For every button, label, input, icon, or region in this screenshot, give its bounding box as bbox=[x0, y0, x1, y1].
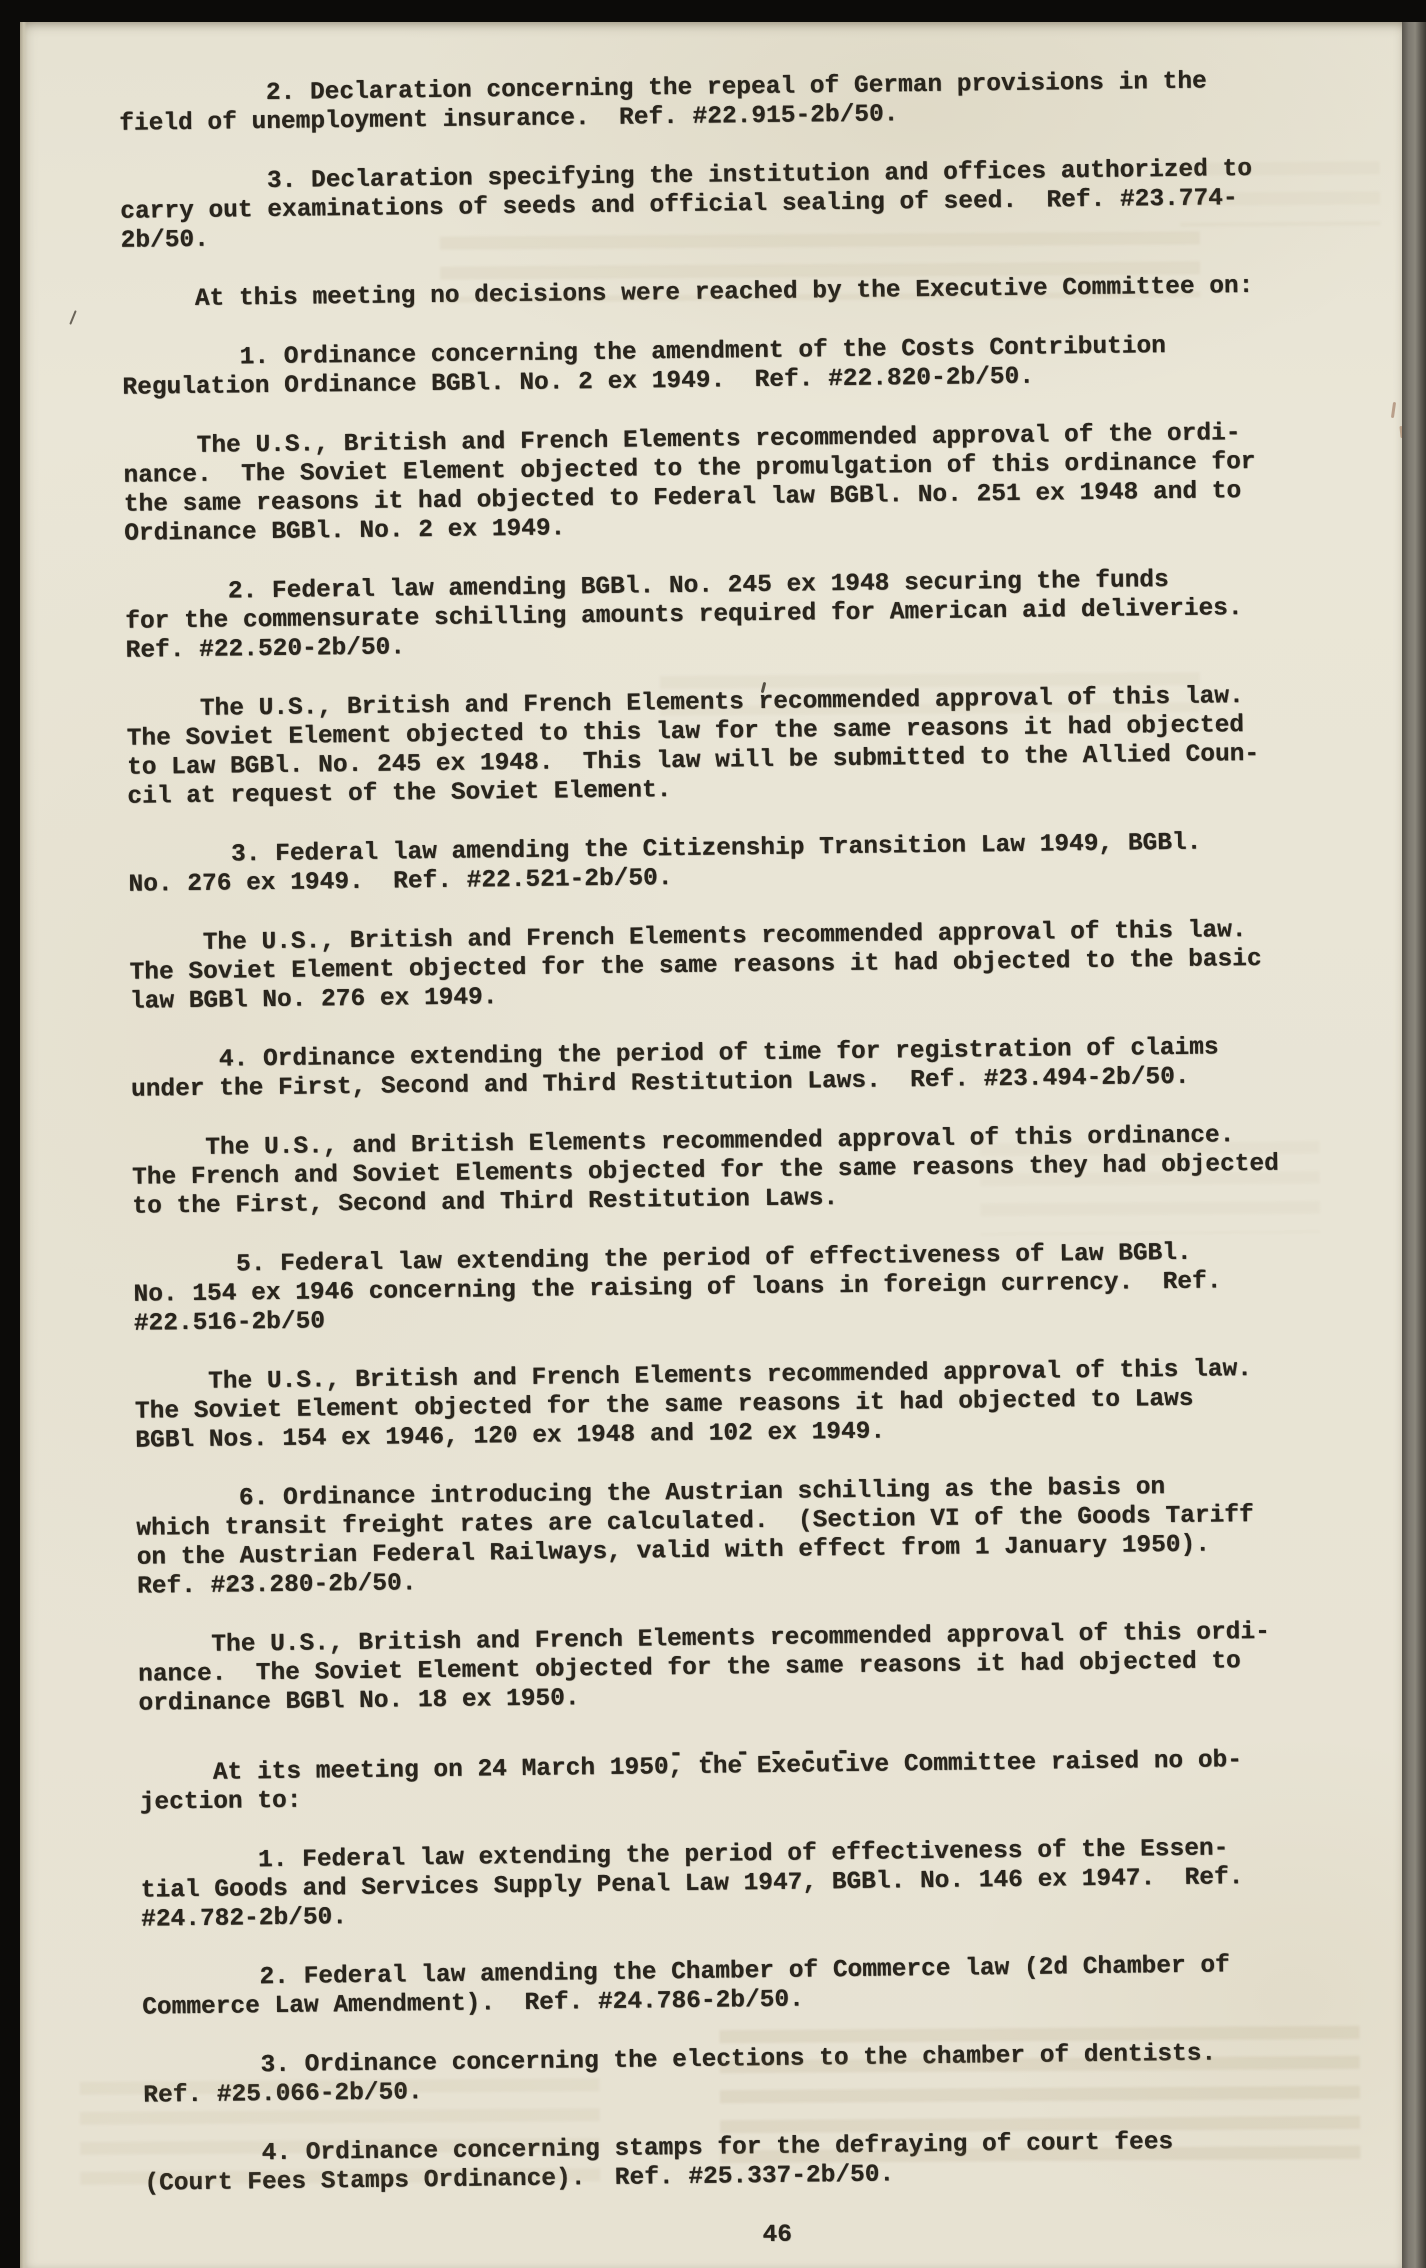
paragraph: The U.S., British and French Elements re… bbox=[134, 1352, 1426, 1455]
paragraph: 4. Ordinance extending the period of tim… bbox=[131, 1030, 1426, 1104]
bleedthrough-ghost bbox=[1180, 161, 1380, 226]
paragraph: 1. Federal law extending the period of e… bbox=[140, 1831, 1426, 1934]
paragraph: 3. Federal law amending the Citizenship … bbox=[128, 825, 1426, 899]
scan-border-top bbox=[0, 0, 1426, 22]
page-number: 46 bbox=[145, 2212, 1426, 2257]
paragraph: The U.S., British and French Elements re… bbox=[123, 416, 1426, 548]
bleedthrough-ghost bbox=[80, 2078, 601, 2192]
paragraph: 2. Federal law amending BGBl. No. 245 ex… bbox=[125, 562, 1426, 665]
bleedthrough-ghost bbox=[719, 2026, 1360, 2180]
scan-edge-right bbox=[1402, 14, 1426, 2268]
bleedthrough-ghost bbox=[440, 231, 1200, 302]
bleedthrough-ghost bbox=[980, 1141, 1321, 1235]
bleedthrough-ghost bbox=[660, 672, 1200, 716]
paragraph: 1. Ordinance concerning the amendment of… bbox=[122, 328, 1426, 402]
paragraph: 6. Ordinance introducing the Austrian sc… bbox=[136, 1469, 1426, 1601]
document-page: 2. Declaration concerning the repeal of … bbox=[20, 22, 1404, 2268]
paragraph: 2. Declaration concerning the repeal of … bbox=[119, 64, 1426, 138]
paragraph: 2. Federal law amending the Chamber of C… bbox=[142, 1948, 1426, 2022]
paragraph: 5. Federal law extending the period of e… bbox=[133, 1235, 1426, 1338]
scanned-page: 2. Declaration concerning the repeal of … bbox=[0, 0, 1426, 2268]
paragraph: The U.S., British and French Elements re… bbox=[129, 913, 1426, 1016]
foxing-mark bbox=[228, 1582, 232, 1586]
paragraph: The U.S., British and French Elements re… bbox=[138, 1615, 1426, 1718]
scan-border-left bbox=[0, 0, 20, 2268]
document-text: 2. Declaration concerning the repeal of … bbox=[20, 4, 1426, 2258]
